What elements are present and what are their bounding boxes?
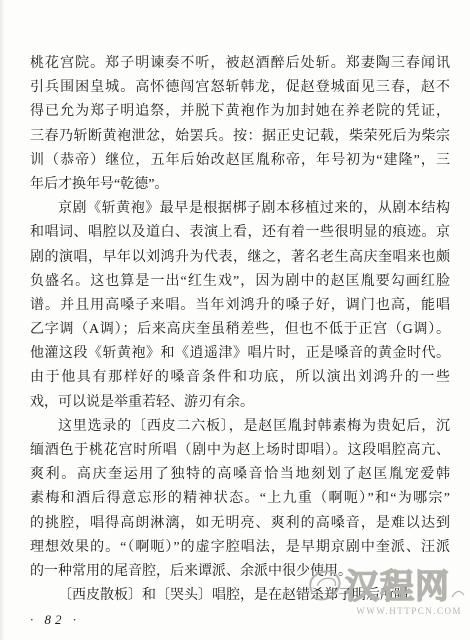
text-line: 他灌这段《斩黄袍》和《逍遥津》唱片时，正是嗓音的黄金时代。 [30,342,450,366]
text-line: 乙字调（A调）；后来高庆奎虽稍差些，但也不低于正宫（G调）。 [30,318,450,342]
text-line: 爽利。高庆奎运用了独特的高嗓音恰当地刻划了赵匡胤宠爱韩 [30,463,450,487]
watermark-swoosh-icon [451,586,465,604]
text-line: 由于他具有那样好的嗓音条件和功底，所以演出刘鸿升的一些 [30,366,450,390]
text-block: 桃花宫院。郑子明谏奏不听，被赵酒醉后处斩。郑妻陶三春闻讯引兵围困皇城。高怀德闯宫… [30,52,450,608]
text-line: 年后才换年号“乾德”。 [30,173,450,197]
text-line: 谱。并且用高嗓子来唱。当年刘鸿升的嗓子好，调门也高，能唱 [30,294,450,318]
text-line: 的一种常用的尾音腔，后来谭派、余派中很少使用。 [30,560,450,584]
text-line: 素梅和酒后得意忘形的精神状态。“上九重（啊呃）”和“为哪宗” [30,487,450,511]
text-line: 引兵围困皇城。高怀德闯宫怒斩韩龙，促赵登城面见三春，赵不 [30,76,450,100]
text-line: 的挑腔，唱得高朗淋漓，如无明亮、爽利的高嗓音，是难以达到 [30,512,450,536]
text-line: 剧的演唱，早年以刘鸿升为代表，继之，著名老生高庆奎唱来也颇 [30,246,450,270]
text-line: 缅酒色于桃花宫时所唱（剧中为赵上场时即唱）。这段唱腔高亢、 [30,439,450,463]
book-page: 桃花宫院。郑子明谏奏不听，被赵酒醉后处斩。郑妻陶三春闻讯引兵围困皇城。高怀德闯宫… [0,0,470,640]
text-line: 戏，可以说是举重若轻、游刃有余。 [30,391,450,415]
text-line: 桃花宫院。郑子明谏奏不听，被赵酒醉后处斩。郑妻陶三春闻讯 [30,52,450,76]
text-line: 京剧《斩黄袍》最早是根据梆子剧本移植过来的，从剧本结构 [30,197,450,221]
text-line: 三春乃斩断黄袍泄忿，始罢兵。按：据正史记载，柴荣死后为柴宗 [30,125,450,149]
text-line: 〔西皮散板〕和〔哭头〕唱腔，是在赵错杀郑子明后所唱。 [30,584,450,608]
text-line: 训（恭帝）继位，五年后始改赵匡胤称帝，年号初为“建隆”，三 [30,149,450,173]
page-number: · 82 · [30,612,80,628]
text-line: 这里选录的〔西皮二六板〕，是赵匡胤封韩素梅为贵妃后，沉 [30,415,450,439]
text-line: 得已允为郑子明追祭，并脱下黄袍作为加封她在养老院的凭证， [30,100,450,124]
text-line: 负盛名。这也算是一出“红生戏”，因为剧中的赵匡胤要勾画红脸 [30,270,450,294]
text-line: 理想效果的。“（啊呃）”的虚字腔唱法，是早期京剧中奎派、汪派 [30,536,450,560]
text-line: 和唱词、唱腔以及道白、表演上看，还有着一些很明显的痕迹。京 [30,221,450,245]
